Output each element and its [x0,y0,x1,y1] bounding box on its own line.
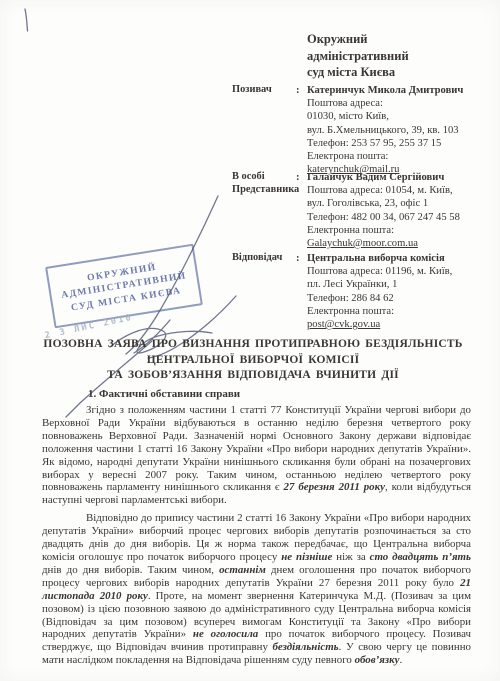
party-name: Галайчук Вадим Сергійович [307,171,484,184]
email-label: Електронна пошта: [307,224,484,237]
party-name: Центральна виборча комісія [307,252,484,265]
party-details-plaintiff: Катеринчук Микола Дмитрович Поштова адре… [307,84,484,176]
party-details-defendant: Центральна виборча комісія Поштова адрес… [307,252,484,331]
email-label: Електронна пошта: [307,305,484,318]
address-line: 01030, місто Київ, [307,110,484,123]
phone-line: Телефон: 253 57 95, 255 37 15 [307,137,484,150]
address-line: Поштова адреса: 01196, м. Київ, [307,265,484,278]
address-line: вул. Б.Хмельницького, 39, кв. 103 [307,124,484,137]
address-line: вул. Гоголівська, 23, офіс 1 [307,197,484,210]
colon-separator: : [296,252,307,331]
title-line: ПОЗОВНА ЗАЯВА ПРО ВИЗНАННЯ ПРОТИПРАВНОЮ … [33,337,473,353]
document-title: ПОЗОВНА ЗАЯВА ПРО ВИЗНАННЯ ПРОТИПРАВНОЮ … [33,337,473,384]
party-representative: В особі Представника : Галайчук Вадим Се… [232,171,484,250]
pen-mark [25,9,28,31]
party-defendant: Відповідач : Центральна виборча комісія … [232,252,484,331]
colon-separator: : [296,171,307,250]
address-line: пл. Лесі Українки, 1 [307,278,484,291]
title-line: ТА ЗОБОВ’ЯЗАННЯ ВІДПОВІДАЧА ВЧИНИТИ ДІЇ [33,368,473,384]
party-label-plaintiff: Позивач [232,84,296,176]
document-body: Згідно з положенням частини 1 статті 77 … [42,404,471,667]
colon-separator: : [296,84,307,176]
party-label-defendant: Відповідач [232,252,296,331]
email-label: Електрона пошта: [307,150,484,163]
party-label-representative: В особі Представника [232,171,296,250]
defendant-email-link[interactable]: post@cvk.gov.ua [307,318,380,331]
address-line: Поштова адреса: [307,97,484,110]
phone-line: Телефон: 286 84 62 [307,292,484,305]
party-plaintiff: Позивач : Катеринчук Микола Дмитрович По… [232,84,484,176]
title-line: ЦЕНТРАЛЬНОЇ ВИБОРЧОЇ КОМІСІЇ [33,353,473,369]
court-name-header: Окружний адміністративний суд міста Києв… [307,31,409,81]
paragraph-2: Відповідно до припису частини 2 статті 1… [42,512,471,667]
party-name: Катеринчук Микола Дмитрович [307,84,484,97]
party-details-representative: Галайчук Вадим Сергійович Поштова адреса… [307,171,484,250]
section-heading: 1. Фактичні обставини справи [88,388,240,400]
address-line: Поштова адреса: 01054, м. Київ, [307,184,484,197]
paragraph-1: Згідно з положенням частини 1 статті 77 … [42,404,471,507]
representative-email-link[interactable]: Galaychuk@moor.com.ua [307,237,418,250]
scanned-court-document: Окружний адміністративний суд міста Києв… [0,0,500,681]
phone-line: Телефон: 482 00 34, 067 247 45 58 [307,211,484,224]
